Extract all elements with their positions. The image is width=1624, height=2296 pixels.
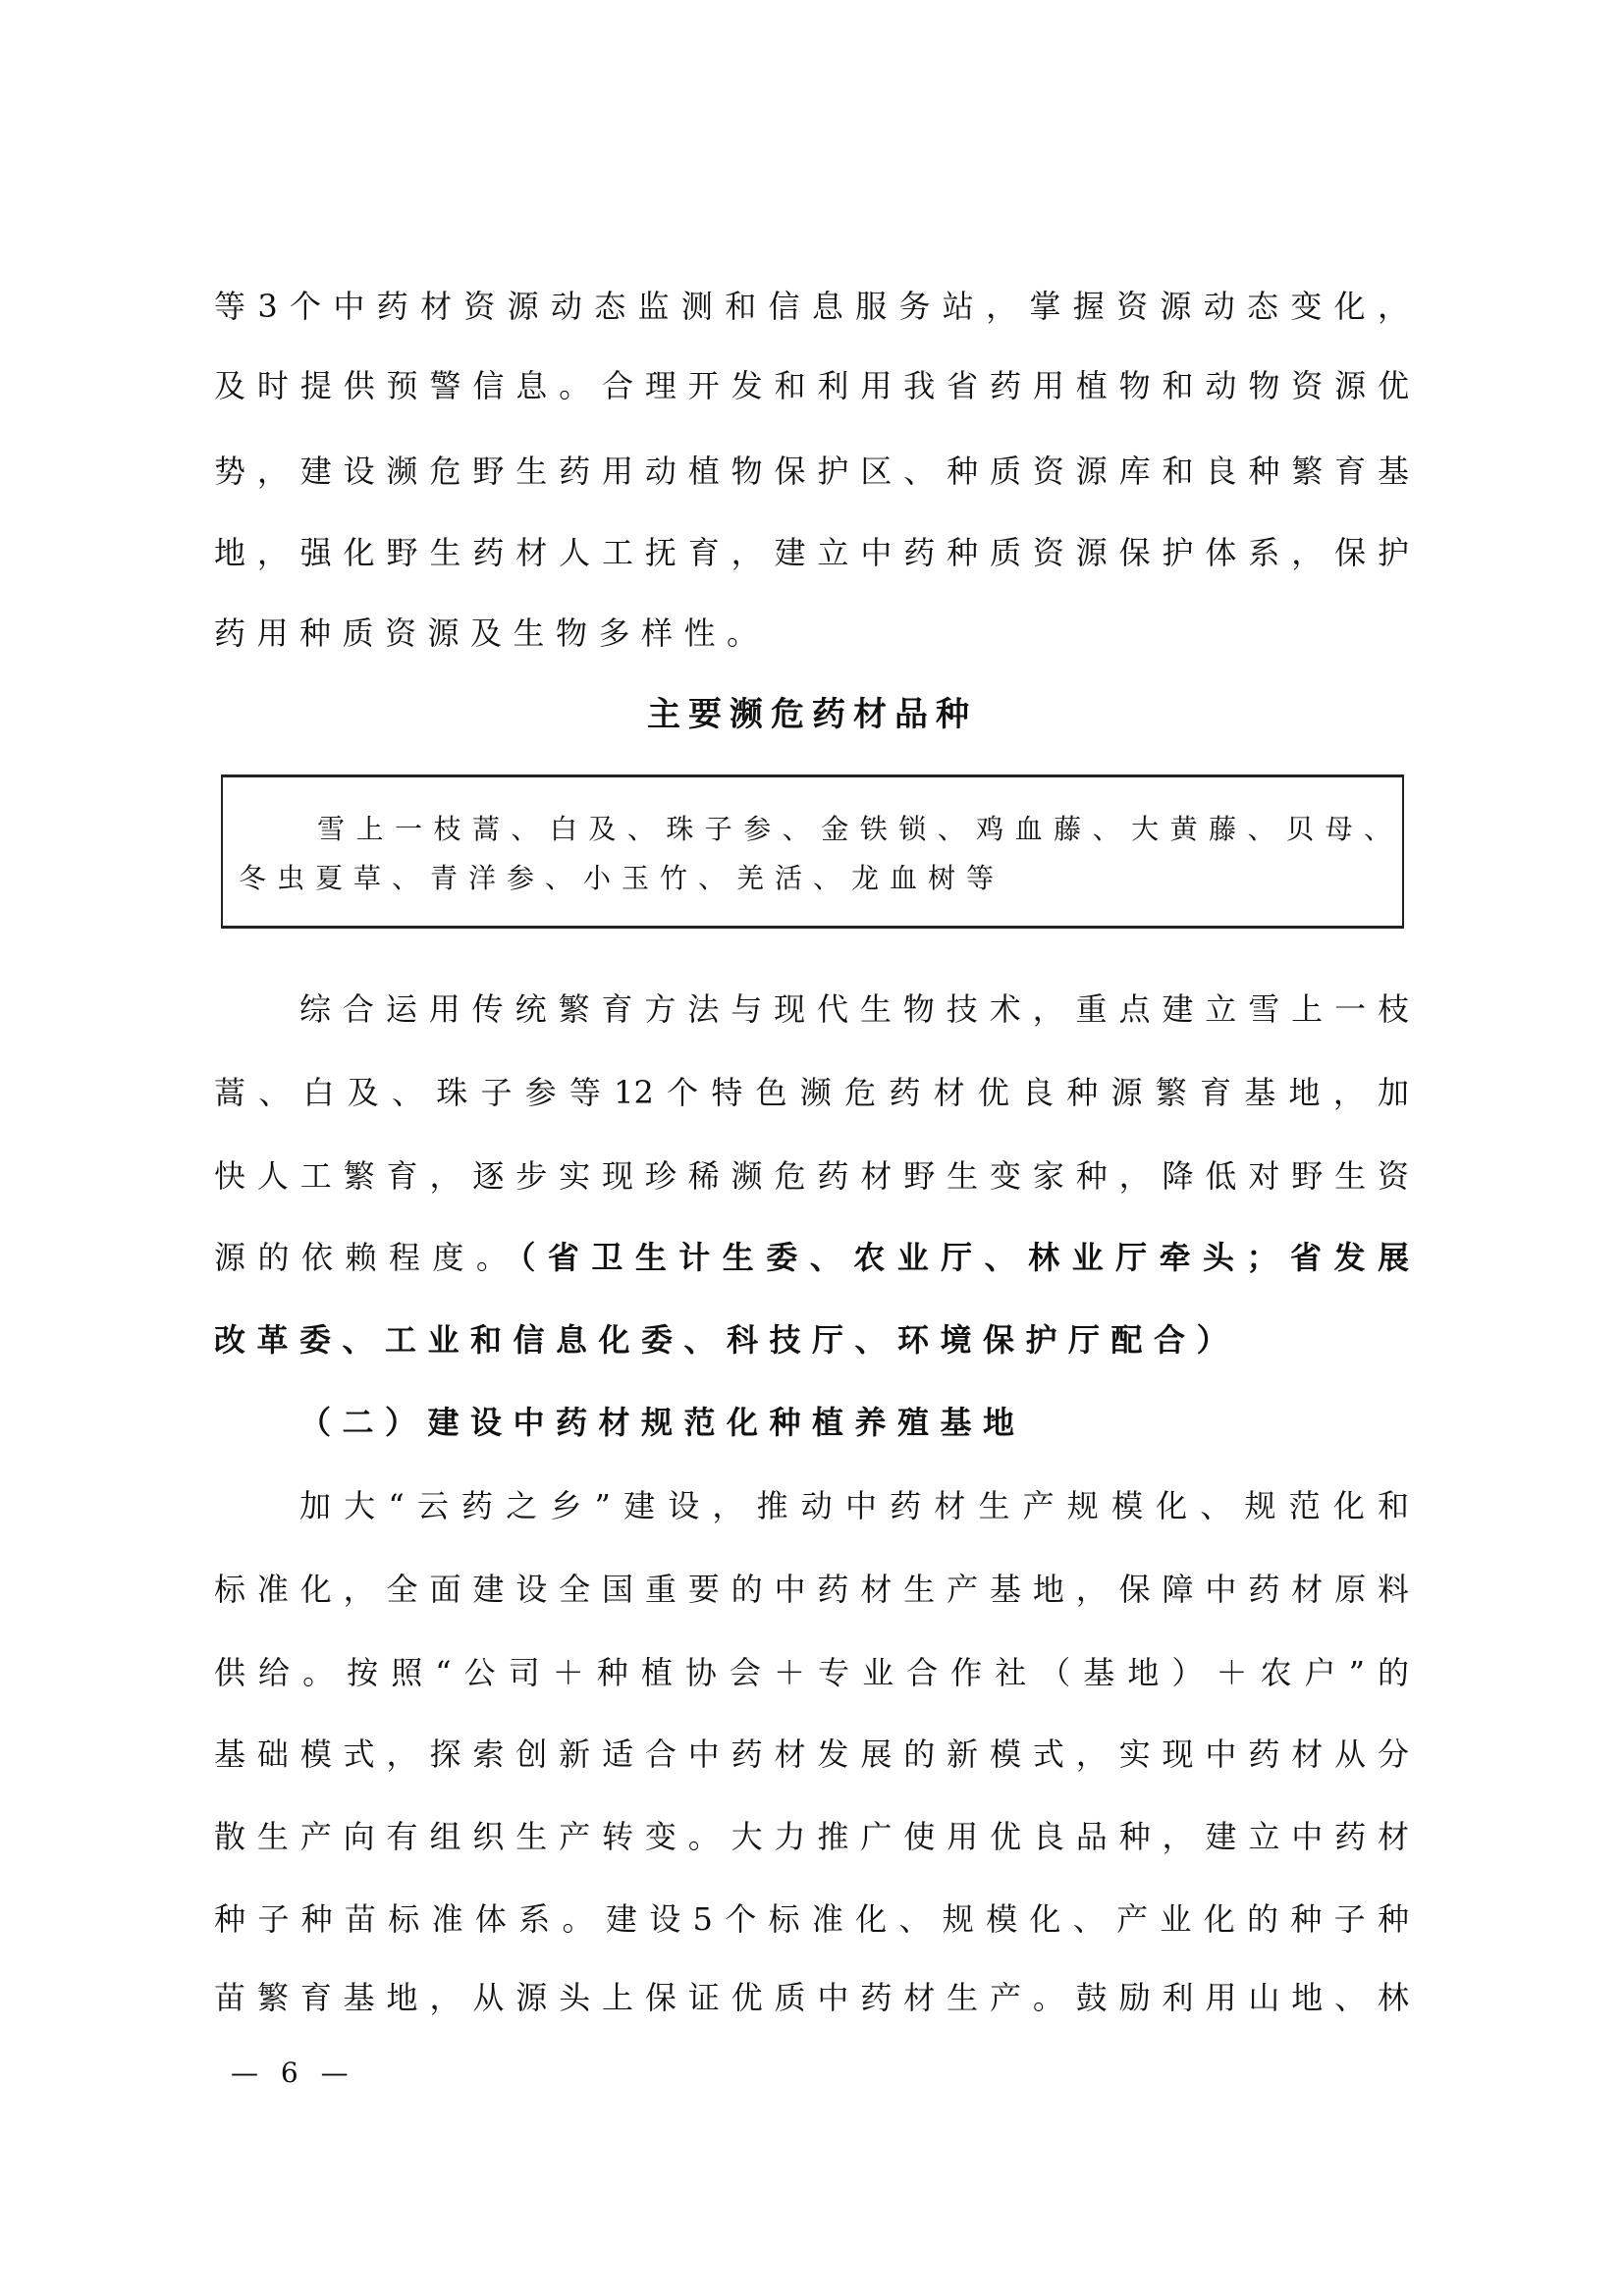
paragraph-3-line-2: 标准化，全面建设全国重要的中药材生产基地，保障中药材原料 — [214, 1565, 1409, 1614]
paragraph-3-line-4: 基础模式，探索创新适合中药材发展的新模式，实现中药材从分 — [214, 1730, 1409, 1779]
paragraph-3-line-7: 苗繁育基地，从源头上保证优质中药材生产。鼓励利用山地、林 — [214, 1973, 1409, 2022]
paragraph-2-line-3: 快人工繁育，逐步实现珍稀濒危药材野生变家种，降低对野生资 — [214, 1151, 1409, 1201]
paragraph-1-line-5: 药用种质资源及生物多样性。 — [214, 609, 1409, 658]
document-page: 等3个中药材资源动态监测和信息服务站，掌握资源动态变化， 及时提供预警信息。合理… — [0, 0, 1624, 2296]
paragraph-2-line-1: 综合运用传统繁育方法与现代生物技术，重点建立雪上一枝 — [299, 985, 1409, 1034]
paragraph-2-line-2: 蒿、白及、珠子参等12个特色濒危药材优良种源繁育基地，加 — [214, 1068, 1409, 1117]
box-title: 主要濒危药材品种 — [0, 690, 1624, 739]
section-heading: （二）建设中药材规范化种植养殖基地 — [299, 1398, 1026, 1447]
endangered-species-box: 雪上一枝蒿、白及、珠子参、金铁锁、鸡血藤、大黄藤、贝母、 冬虫夏草、青洋参、小玉… — [221, 774, 1404, 929]
paragraph-3-line-3: 供给。按照“公司＋种植协会＋专业合作社（基地）＋农户”的 — [214, 1648, 1409, 1697]
paragraph-2-line-4: 源的依赖程度。（省卫生计生委、农业厅、林业厅牵头；省发展 — [214, 1233, 1409, 1282]
paragraph-2-line-4-text: 源的依赖程度。 — [214, 1239, 519, 1276]
paragraph-3-line-6: 种子种苗标准体系。建设5个标准化、规模化、产业化的种子种 — [214, 1895, 1409, 1944]
paragraph-1-line-1: 等3个中药材资源动态监测和信息服务站，掌握资源动态变化， — [214, 282, 1409, 331]
responsible-departments-lead: （省卫生计生委、农业厅、林业厅牵头；省发展 — [519, 1239, 1409, 1276]
box-line-2: 冬虫夏草、青洋参、小玉竹、羌活、龙血树等 — [239, 857, 1004, 900]
responsible-departments-support: 改革委、工业和信息化委、科技厅、环境保护厅配合） — [214, 1315, 1409, 1364]
paragraph-3-line-5: 散生产向有组织生产转变。大力推广使用优良品种，建立中药材 — [214, 1812, 1409, 1861]
paragraph-1-line-2: 及时提供预警信息。合理开发和利用我省药用植物和动物资源优 — [214, 361, 1409, 410]
paragraph-1-line-4: 地，强化野生药材人工抚育，建立中药种质资源保护体系，保护 — [214, 528, 1409, 577]
paragraph-1-line-3: 势，建设濒危野生药用动植物保护区、种质资源库和良种繁育基 — [214, 447, 1409, 496]
box-line-1: 雪上一枝蒿、白及、珠子参、金铁锁、鸡血藤、大黄藤、贝母、 — [317, 808, 1391, 851]
paragraph-3-line-1: 加大“云药之乡”建设，推动中药材生产规模化、规范化和 — [299, 1481, 1409, 1530]
page-number: — 6 — — [231, 2052, 349, 2095]
